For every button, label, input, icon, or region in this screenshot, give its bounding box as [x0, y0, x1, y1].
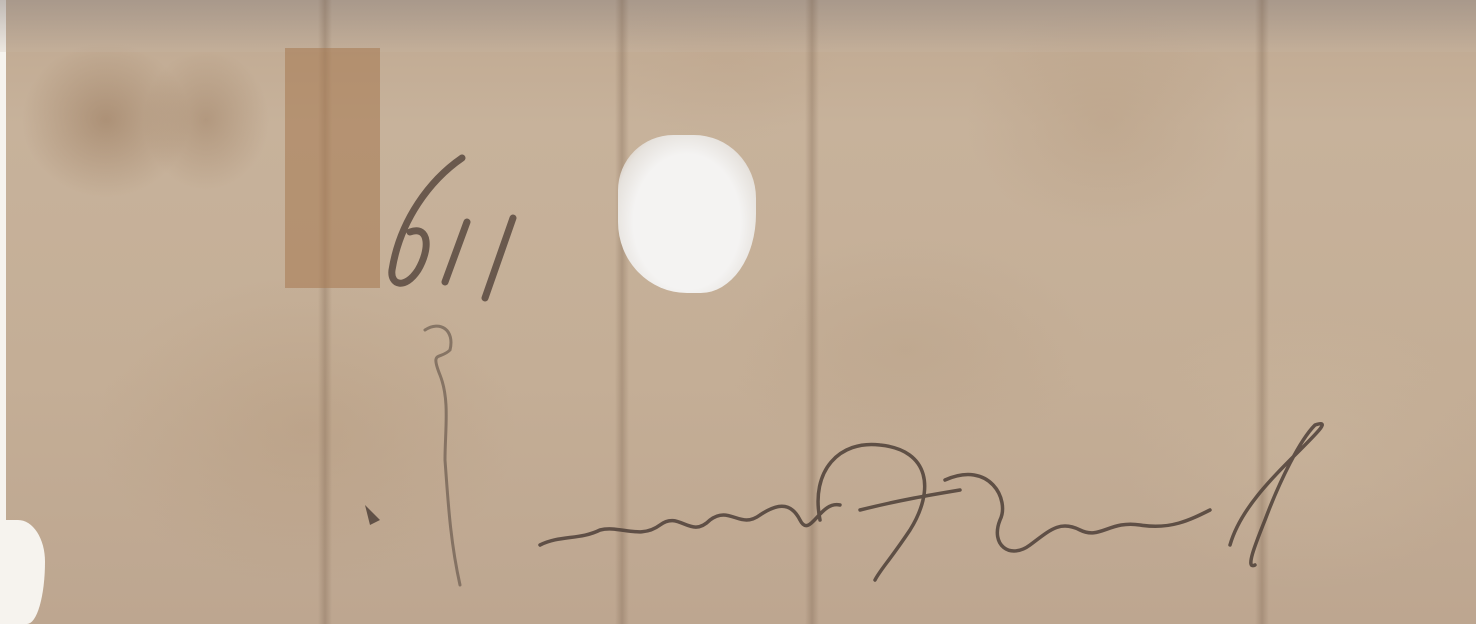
torn-corner: [0, 520, 45, 624]
fold-line: [805, 0, 819, 624]
tape-stain: [285, 48, 380, 288]
fold-line: [1255, 0, 1269, 624]
paper-hole: [618, 135, 756, 293]
fold-line: [615, 0, 629, 624]
